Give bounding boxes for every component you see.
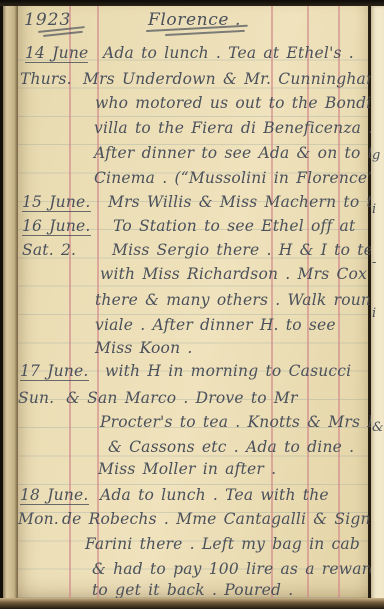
diary-line-text: Cinema . (“Mussolini in Florence”) xyxy=(94,169,382,187)
diary-line-text: with H in morning to Casucci xyxy=(105,362,351,380)
diary-line: Cinema . (“Mussolini in Florence”) xyxy=(18,169,368,189)
diary-line-text: Miss Moller in after . xyxy=(98,460,276,478)
diary-line-text: there & many others . Walk round xyxy=(95,291,381,309)
diary-line-text: Procter's to tea . Knotts & Mrs Evans xyxy=(100,413,384,431)
diary-line-text: with Miss Richardson . Mrs Cox xyxy=(100,265,367,283)
diary-line: villa to the Fiera di Beneficenza . xyxy=(18,119,368,139)
date-margin-label: Mon. xyxy=(18,510,59,528)
year-label: 1923 xyxy=(24,10,71,30)
diary-line-text: de Robechs . Mme Cantagalli & Signora . xyxy=(62,510,384,528)
adjacent-page-text-fragment: & xyxy=(372,420,384,435)
diary-line: Miss Koon . xyxy=(18,339,368,359)
diary-line: Miss Moller in after . xyxy=(18,460,368,480)
diary-line-text: Miss Sergio there . H & I to tea xyxy=(112,241,383,259)
diary-line-text: to get it back . Poured . xyxy=(92,581,293,599)
page-bottom-edge xyxy=(0,598,384,609)
adjacent-page-text-fragment: - xyxy=(372,255,376,270)
diary-line: there & many others . Walk round xyxy=(18,291,368,311)
diary-line: Farini there . Left my bag in cab xyxy=(18,535,368,555)
diary-line-text: & Cassons etc . Ada to dine . xyxy=(108,438,354,456)
page-edge-stack xyxy=(3,4,18,605)
diary-line: Procter's to tea . Knotts & Mrs Evans xyxy=(18,413,368,433)
adjacent-page-text-fragment: i xyxy=(372,306,376,321)
date-margin-label: Sun. xyxy=(18,389,54,407)
diary-line-text: viale . After dinner H. to see xyxy=(95,316,336,334)
diary-line-text: who motored us out to the Bondi xyxy=(95,94,371,112)
adjacent-page-sliver: gi-i& xyxy=(371,6,384,601)
diary-line-text: After dinner to see Ada & on to the xyxy=(94,144,384,162)
diary-line-text: Mrs Underdown & Mr. Cunningham xyxy=(83,70,381,88)
diary-line: 14 JuneAda to lunch . Tea at Ethel's . xyxy=(18,44,368,64)
date-margin-label: Sat. 2. xyxy=(22,241,76,259)
diary-line: with Miss Richardson . Mrs Cox xyxy=(18,265,368,285)
diary-line-text: Miss Koon . xyxy=(95,339,193,357)
diary-photo: 1923 Florence . 14 JuneAda to lunch . Te… xyxy=(0,0,384,609)
diary-line: Sun.& San Marco . Drove to Mr xyxy=(18,389,368,409)
diary-line-text: villa to the Fiera di Beneficenza . xyxy=(94,119,373,137)
date-margin-label: 15 June. xyxy=(22,193,91,212)
diary-line: & had to pay 100 lire as a reward xyxy=(18,560,368,580)
date-margin-label: 18 June. xyxy=(20,486,89,505)
diary-line: who motored us out to the Bondi xyxy=(18,94,368,114)
year-underline-flourish xyxy=(43,31,83,37)
diary-line: After dinner to see Ada & on to the xyxy=(18,144,368,164)
diary-line: Sat. 2.Miss Sergio there . H & I to tea xyxy=(18,241,368,261)
diary-line: 16 June.To Station to see Ethel off at xyxy=(18,217,368,237)
diary-line-text: Ada to lunch . Tea at Ethel's . xyxy=(103,44,354,62)
diary-line-text: & had to pay 100 lire as a reward xyxy=(92,560,379,578)
diary-line-text: Mrs Willis & Miss Machern to tea . xyxy=(108,193,384,211)
date-margin-label: Thurs. xyxy=(20,70,72,88)
diary-line-text: & San Marco . Drove to Mr xyxy=(66,389,298,407)
date-margin-label: 16 June. xyxy=(22,217,91,236)
diary-line-text: To Station to see Ethel off at xyxy=(113,217,355,235)
diary-line-text: Farini there . Left my bag in cab xyxy=(85,535,360,553)
adjacent-page-text-fragment: i xyxy=(372,202,376,217)
photo-top-edge xyxy=(0,0,384,6)
diary-line: 15 June.Mrs Willis & Miss Machern to tea… xyxy=(18,193,368,213)
diary-line-text: Ada to lunch . Tea with the xyxy=(100,486,329,504)
diary-line: viale . After dinner H. to see xyxy=(18,316,368,336)
adjacent-page-text-fragment: g xyxy=(372,148,380,163)
date-margin-label: 17 June. xyxy=(20,362,89,381)
title-underline-flourish xyxy=(165,30,245,36)
diary-line: Mon.de Robechs . Mme Cantagalli & Signor… xyxy=(18,510,368,530)
diary-line: 17 June.with H in morning to Casucci xyxy=(18,362,368,382)
diary-line: & Cassons etc . Ada to dine . xyxy=(18,438,368,458)
diary-line: 18 June.Ada to lunch . Tea with the xyxy=(18,486,368,506)
date-margin-label: 14 June xyxy=(25,44,88,63)
diary-line: Thurs.Mrs Underdown & Mr. Cunningham xyxy=(18,70,368,90)
notebook-page: 1923 Florence . 14 JuneAda to lunch . Te… xyxy=(18,6,368,598)
